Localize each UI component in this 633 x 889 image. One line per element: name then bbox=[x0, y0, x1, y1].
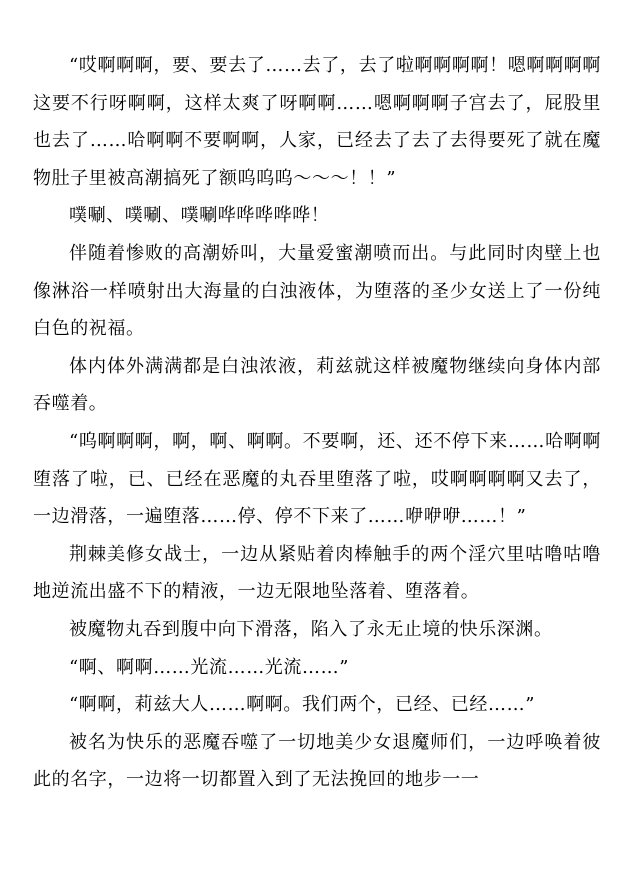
paragraph-dialogue-climax: “哎啊啊啊，要、要去了……去了，去了啦啊啊啊啊！嗯啊啊啊啊这要不行呀啊啊，这样太… bbox=[33, 47, 601, 197]
paragraph-narration-2: 体内体外满满都是白浊浓液，莉兹就这样被魔物继续向身体内部吞噬着。 bbox=[33, 348, 601, 423]
paragraph-dialogue-2: “呜啊啊啊，啊，啊、啊啊。不要啊，还、还不停下来……哈啊啊堕落了啦，已、已经在恶… bbox=[33, 423, 601, 536]
paragraph-narration-3: 荆棘美修女战士，一边从紧贴着肉棒触手的两个淫穴里咕噜咕噜地逆流出盛不下的精液，一… bbox=[33, 536, 601, 611]
paragraph-dialogue-4: “啊啊，莉兹大人……啊啊。我们两个，已经、已经……” bbox=[33, 686, 601, 724]
paragraph-narration-1: 伴随着惨败的高潮娇叫，大量爱蜜潮喷而出。与此同时肉壁上也像淋浴一样喷射出大海量的… bbox=[33, 235, 601, 348]
paragraph-narration-4: 被魔物丸吞到腹中向下滑落，陷入了永无止境的快乐深渊。 bbox=[33, 611, 601, 649]
paragraph-dialogue-3: “啊、啊啊……光流……光流……” bbox=[33, 649, 601, 687]
document-page: “哎啊啊啊，要、要去了……去了，去了啦啊啊啊啊！嗯啊啊啊啊这要不行呀啊啊，这样太… bbox=[0, 0, 633, 889]
paragraph-sound-effect: 噗唰、噗唰、噗唰哗哗哗哗哗！ bbox=[33, 197, 601, 235]
paragraph-narration-5: 被名为快乐的恶魔吞噬了一切地美少女退魔师们，一边呼唤着彼此的名字，一边将一切都置… bbox=[33, 724, 601, 799]
